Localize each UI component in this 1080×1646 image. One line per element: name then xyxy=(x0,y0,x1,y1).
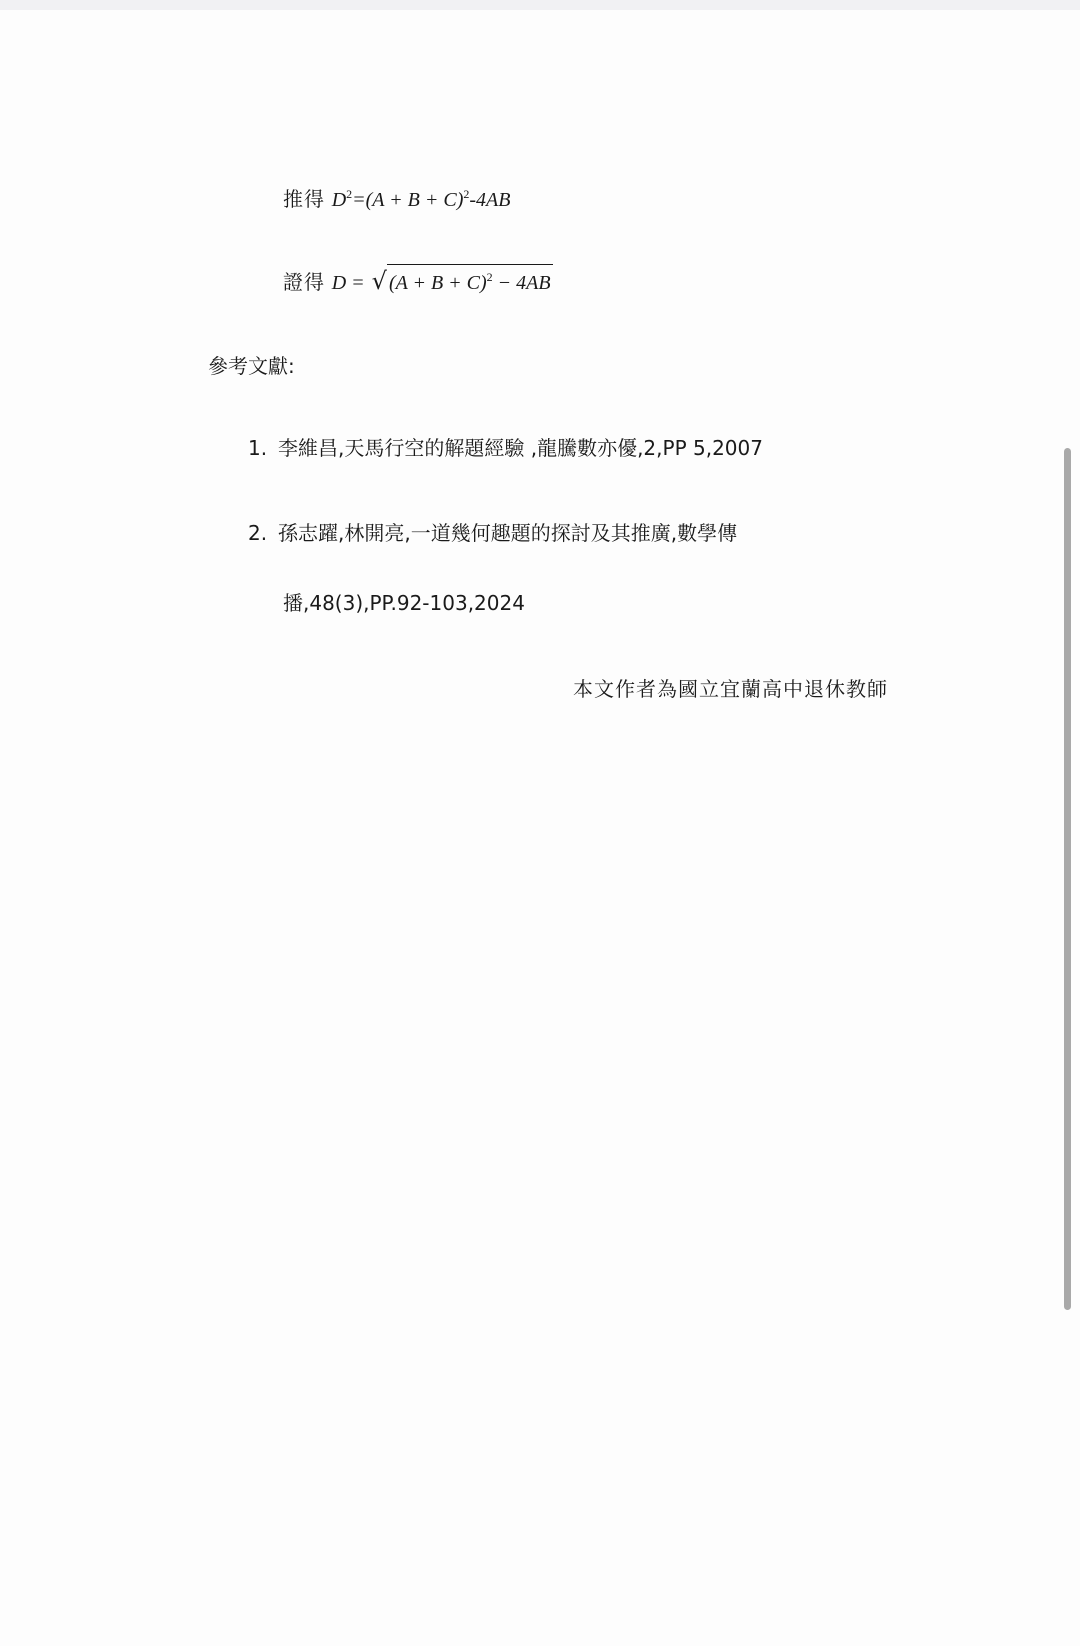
derivation-formula: D2=(A + B + C)2-4AB xyxy=(332,189,511,211)
formula-rhs: =(A + B + C) xyxy=(352,189,463,211)
document-page xyxy=(0,10,1080,1646)
reference-number: 2. xyxy=(248,519,278,547)
radicand-tail: − 4AB xyxy=(493,272,551,294)
reference-text-line1: 孫志躍,林開亮,一道幾何趣題的探討及其推廣,數學傳 xyxy=(278,521,737,545)
radicand-main: (A + B + C) xyxy=(389,272,487,294)
reference-item-2: 2.孫志躍,林開亮,一道幾何趣題的探討及其推廣,數學傳 xyxy=(248,519,737,547)
radicand: (A + B + C)2 − 4AB xyxy=(387,264,553,295)
square-root: √(A + B + C)2 − 4AB xyxy=(370,264,553,297)
scrollbar-thumb[interactable] xyxy=(1064,448,1071,1310)
formula-lhs: D = xyxy=(332,272,365,294)
radical-sign-icon: √ xyxy=(372,267,387,295)
reference-item-2-continued: 播,48(3),PP.92-103,2024 xyxy=(283,589,525,617)
proof-line: 證得 D = √(A + B + C)2 − 4AB xyxy=(283,264,553,297)
reference-item-1: 1.李維昌,天馬行空的解題經驗 ,龍騰數亦優,2,PP 5,2007 xyxy=(248,434,763,462)
reference-number: 1. xyxy=(248,434,278,462)
top-status-strip xyxy=(0,0,1080,10)
formula-lhs: D xyxy=(332,189,346,211)
formula-rhs-tail: -4AB xyxy=(469,189,510,211)
reference-text: 李維昌,天馬行空的解題經驗 ,龍騰數亦優,2,PP 5,2007 xyxy=(278,436,763,460)
derivation-prefix: 推得 xyxy=(283,187,325,211)
derivation-line: 推得 D2=(A + B + C)2-4AB xyxy=(283,180,510,214)
author-note: 本文作者為國立宜蘭高中退休教師 xyxy=(573,675,888,703)
proof-formula: D = √(A + B + C)2 − 4AB xyxy=(332,272,553,294)
references-heading: 參考文獻: xyxy=(208,352,295,380)
proof-prefix: 證得 xyxy=(283,270,325,294)
